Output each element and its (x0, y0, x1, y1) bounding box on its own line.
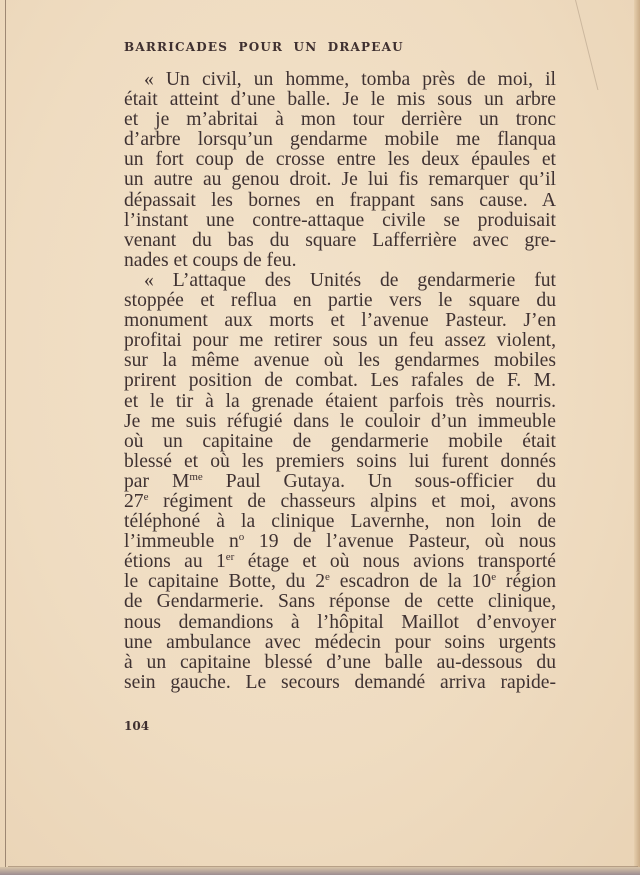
text-line: et le tir à la grenade étaient parfois t… (124, 392, 556, 412)
text-run: Paul Gutaya. Un sous-officier du (203, 471, 556, 492)
text-line: « L’attaque des Unités de gendarmerie fu… (124, 271, 556, 291)
text-run: régiment de chasseurs alpins et moi, avo… (148, 491, 556, 512)
page-left-edge (5, 0, 6, 870)
body-text: « Un civil, un homme, tomba près de moi,… (124, 70, 556, 693)
text-line: 27e régiment de chasseurs alpins et moi,… (124, 492, 556, 512)
text-line: blessé et où les premiers soins lui fure… (124, 452, 556, 472)
text-line: sur la même avenue où les gendarmes mobi… (124, 351, 556, 371)
text-line: et je m’abritai à mon tour derrière un t… (124, 110, 556, 130)
text-line: prirent position de combat. Les rafales … (124, 371, 556, 391)
text-line: de Gendarmerie. Sans réponse de cette cl… (124, 592, 556, 612)
page-right-edge (634, 0, 640, 875)
text-line: une ambulance avec médecin pour soins ur… (124, 633, 556, 653)
text-run: 19 de l’avenue Pasteur, où nous (244, 531, 556, 552)
text-line: téléphoné à la clinique Lavernhe, non lo… (124, 512, 556, 532)
text-line: un fort coup de crosse entre les deux ép… (124, 150, 556, 170)
text-line: monument aux morts et l’avenue Pasteur. … (124, 311, 556, 331)
text-run: région (496, 571, 556, 592)
text-line: Je me suis réfugié dans le couloir d’un … (124, 412, 556, 432)
text-run: l’immeuble n (124, 531, 239, 552)
text-line: d’arbre lorsqu’un gendarme mobile me fla… (124, 130, 556, 150)
text-line: nades et coups de feu. (124, 251, 556, 271)
page-number: 104 (124, 719, 149, 733)
text-line: dépassait les bornes en frappant sans ca… (124, 191, 556, 211)
text-line: où un capitaine de gendarmerie mobile ét… (124, 432, 556, 452)
text-line: stoppée et reflua en partie vers le squa… (124, 291, 556, 311)
text-line: un autre au genou droit. Je lui fis rema… (124, 170, 556, 190)
paper-crease (575, 0, 626, 90)
superscript: me (189, 471, 202, 483)
text-line: était atteint d’une balle. Je le mis sou… (124, 90, 556, 110)
text-run: étage et où nous avions transporté (234, 551, 556, 572)
text-line: profitai pour me retirer sous un feu ass… (124, 331, 556, 351)
text-line: par Mme Paul Gutaya. Un sous-officier du (124, 472, 556, 492)
text-line: nous demandions à l’hôpital Maillot d’en… (124, 613, 556, 633)
text-line: venant du bas du square Lafferrière avec… (124, 231, 556, 251)
paragraph-2: « L’attaque des Unités de gendarmerie fu… (124, 271, 556, 693)
paragraph-1: « Un civil, un homme, tomba près de moi,… (124, 70, 556, 271)
book-page: BARRICADES POUR UN DRAPEAU « Un civil, u… (0, 0, 640, 875)
text-run: étions au 1 (124, 551, 226, 572)
text-run: par M (124, 471, 189, 492)
page-bottom-shadow (0, 867, 640, 875)
text-line: le capitaine Botte, du 2e escadron de la… (124, 572, 556, 592)
text-line: à un capitaine blessé d’une balle au-des… (124, 653, 556, 673)
running-head: BARRICADES POUR UN DRAPEAU (124, 40, 404, 54)
text-run: le capitaine Botte, du 2 (124, 571, 325, 592)
text-line: « Un civil, un homme, tomba près de moi,… (124, 70, 556, 90)
text-line: sein gauche. Le secours demandé arriva r… (124, 673, 556, 693)
text-line: l’immeuble no 19 de l’avenue Pasteur, où… (124, 532, 556, 552)
text-line: l’instant une contre-attaque civile se p… (124, 211, 556, 231)
text-line: étions au 1er étage et où nous avions tr… (124, 552, 556, 572)
text-run: 27 (124, 491, 144, 512)
text-run: escadron de la 10 (330, 571, 491, 592)
